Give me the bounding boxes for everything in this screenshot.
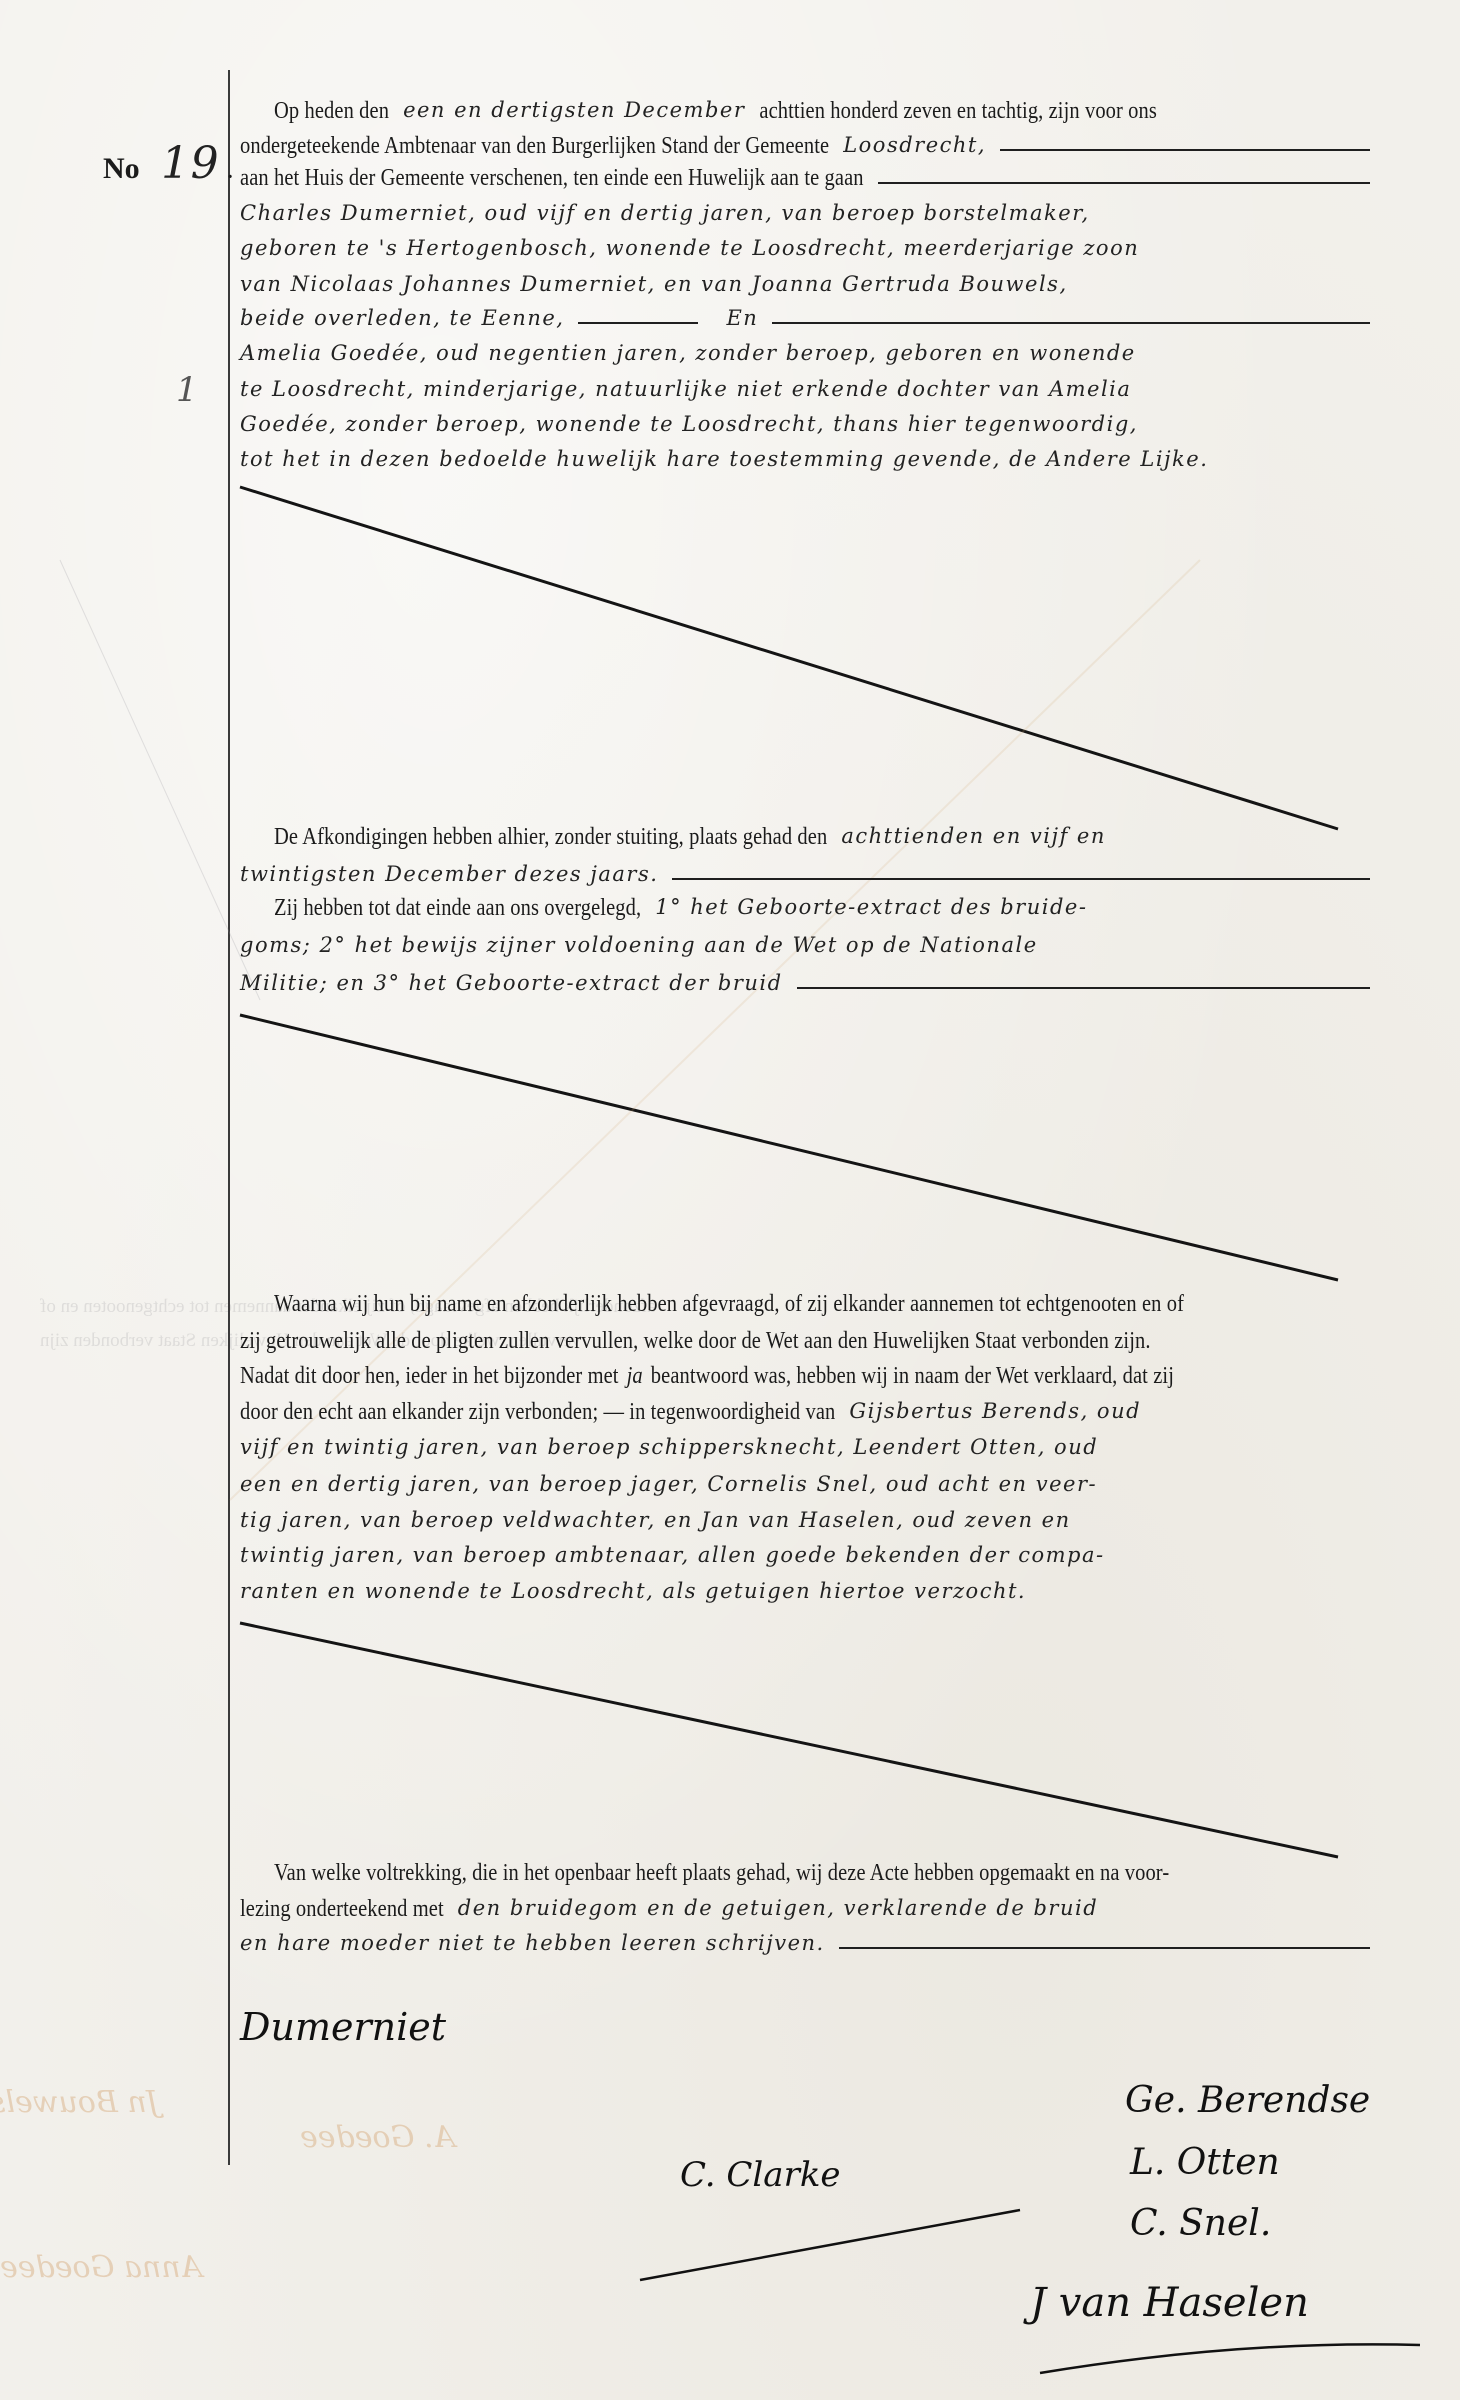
- signature-official: C. Clarke: [680, 2155, 841, 2195]
- para4-line3: en hare moeder niet te hebben leeren sch…: [240, 1925, 1370, 1961]
- handwritten-text: ranten en wonende te Loosdrecht, als get…: [240, 1573, 1026, 1609]
- printed-text: Zij hebben tot dat einde aan ons overgel…: [274, 887, 641, 929]
- handwritten-text: en hare moeder niet te hebben leeren sch…: [240, 1925, 825, 1961]
- para3-line3: Nadat dit door hen, ieder in het bijzond…: [240, 1358, 1370, 1394]
- printed-text: lezing onderteekend met: [240, 1888, 444, 1930]
- handwritten-text: vijf en twintig jaren, van beroep schipp…: [240, 1429, 1098, 1465]
- handwritten-text: goms; 2° het bewijs zijner voldoening aa…: [240, 927, 1038, 963]
- handwritten-text: 1° het Geboorte-extract des bruide-: [655, 889, 1087, 925]
- para3-line8: twintig jaren, van beroep ambtenaar, all…: [240, 1537, 1370, 1573]
- signature-groom: Dumerniet: [240, 2005, 446, 2049]
- para3-line5: vijf en twintig jaren, van beroep schipp…: [240, 1429, 1370, 1465]
- handwritten-text: Militie; en 3° het Geboorte-extract der …: [240, 965, 783, 1001]
- signature-witness-3: C. Snel.: [1130, 2203, 1271, 2244]
- para3-line2: zij getrouwelijk alle de pligten zullen …: [240, 1323, 1370, 1359]
- fill-rule: [672, 878, 1370, 881]
- para3-line6: een en dertig jaren, van beroep jager, C…: [240, 1466, 1370, 1502]
- para2-line1: De Afkondigingen hebben alhier, zonder s…: [240, 818, 1404, 854]
- signature-witness-1: Ge. Berendse: [1125, 2080, 1370, 2121]
- printed-text: door den echt aan elkander zijn verbonde…: [240, 1391, 835, 1433]
- para4-line2: lezing onderteekend met den bruidegom en…: [240, 1890, 1370, 1926]
- para3-line4: door den echt aan elkander zijn verbonde…: [240, 1393, 1370, 1429]
- para3-line1: Waarna wij hun bij name en afzonderlijk …: [240, 1286, 1404, 1322]
- para2-line4: goms; 2° het bewijs zijner voldoening aa…: [240, 927, 1370, 963]
- handwritten-witness: Gijsbertus Berends, oud: [849, 1393, 1141, 1429]
- para3-line9: ranten en wonende te Loosdrecht, als get…: [240, 1573, 1370, 1609]
- handwritten-text: tig jaren, van beroep veldwachter, en Ja…: [240, 1502, 1071, 1538]
- signature-witness-4: J van Haselen: [1030, 2280, 1309, 2326]
- printed-text: De Afkondigingen hebben alhier, zonder s…: [274, 816, 827, 858]
- strike-lines: [0, 0, 1460, 2400]
- para2-line3: Zij hebben tot dat einde aan ons overgel…: [240, 889, 1404, 925]
- fill-rule: [839, 1947, 1370, 1950]
- para3-line7: tig jaren, van beroep veldwachter, en Ja…: [240, 1502, 1370, 1538]
- signature-witness-2: L. Otten: [1130, 2142, 1280, 2183]
- handwritten-text: twintig jaren, van beroep ambtenaar, all…: [240, 1537, 1105, 1573]
- handwritten-text: den bruidegom en de getuigen, verklarend…: [458, 1890, 1098, 1926]
- handwritten-dates: achttienden en vijf en: [841, 818, 1106, 854]
- handwritten-text: een en dertig jaren, van beroep jager, C…: [240, 1466, 1097, 1502]
- para4-line1: Van welke voltrekking, die in het openba…: [240, 1855, 1404, 1891]
- para2-line5: Militie; en 3° het Geboorte-extract der …: [240, 965, 1370, 1001]
- fill-rule: [797, 987, 1370, 990]
